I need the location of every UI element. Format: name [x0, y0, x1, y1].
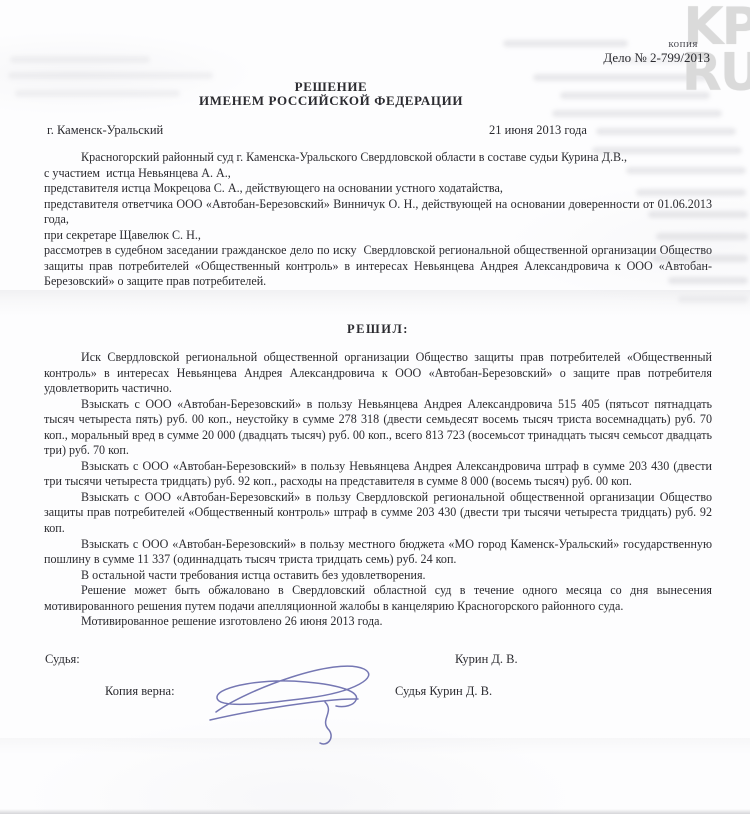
preamble-paragraph: Красногорский районный суд г. Каменска-У… — [44, 150, 712, 166]
paper-bottom-edge — [0, 809, 750, 814]
document-title-line1: РЕШЕНИЕ — [0, 80, 662, 94]
decision-date: 21 июня 2013 года — [489, 123, 587, 138]
copy-label: копия — [668, 38, 698, 50]
copy-correct-label: Копия верна: — [105, 684, 175, 699]
resolution-body: Иск Свердловской региональной общественн… — [44, 350, 712, 630]
judge-signature — [208, 648, 388, 758]
document-title-line2: ИМЕНЕМ РОССИЙСКОЙ ФЕДЕРАЦИИ — [0, 94, 662, 108]
fold-crease — [0, 290, 750, 316]
resolution-paragraph: Взыскать с ООО «Автобан-Березовский» в п… — [44, 459, 712, 490]
resolution-heading: РЕШИЛ: — [44, 322, 712, 337]
resolution-paragraph: Решение может быть обжаловано в Свердлов… — [44, 583, 712, 614]
bleed-through-mark — [8, 72, 213, 79]
court-city: г. Каменск-Уральский — [47, 123, 163, 138]
preamble-paragraph: рассмотрев в судебном заседании гражданс… — [44, 243, 712, 290]
resolution-paragraph: Мотивированное решение изготовлено 26 ию… — [44, 614, 712, 630]
scanned-court-decision-page: KP. RU копия Дело № 2-799/2013 РЕШЕНИЕ И… — [0, 0, 750, 814]
resolution-paragraph: Иск Свердловской региональной общественн… — [44, 350, 712, 397]
resolution-paragraph: Взыскать с ООО «Автобан-Березовский» в п… — [44, 537, 712, 568]
document-title: РЕШЕНИЕ ИМЕНЕМ РОССИЙСКОЙ ФЕДЕРАЦИИ — [0, 80, 662, 108]
judge-label: Судья: — [45, 652, 80, 667]
bleed-through-mark — [552, 110, 722, 117]
bleed-through-mark — [10, 56, 150, 63]
preamble-paragraph: представителя ответчика ООО «Автобан-Бер… — [44, 197, 712, 228]
resolution-paragraph: Взыскать с ООО «Автобан-Березовский» в п… — [44, 397, 712, 459]
bleed-through-mark — [503, 40, 628, 47]
bleed-through-mark — [596, 128, 736, 135]
judge-name: Курин Д. В. — [455, 652, 518, 667]
resolution-paragraph: В остальной части требования истца остав… — [44, 568, 712, 584]
preamble: Красногорский районный суд г. Каменска-У… — [44, 150, 712, 290]
case-number: Дело № 2-799/2013 — [603, 50, 710, 66]
preamble-paragraph: с участием истца Невьянцева А. А., — [44, 166, 712, 182]
resolution-paragraph: Взыскать с ООО «Автобан-Березовский» в п… — [44, 490, 712, 537]
preamble-paragraph: представителя истца Мокрецова С. А., дей… — [44, 181, 712, 197]
preamble-paragraph: при секретаре Щавелюк С. Н., — [44, 228, 712, 244]
copy-judge-name: Судья Курин Д. В. — [395, 684, 492, 699]
